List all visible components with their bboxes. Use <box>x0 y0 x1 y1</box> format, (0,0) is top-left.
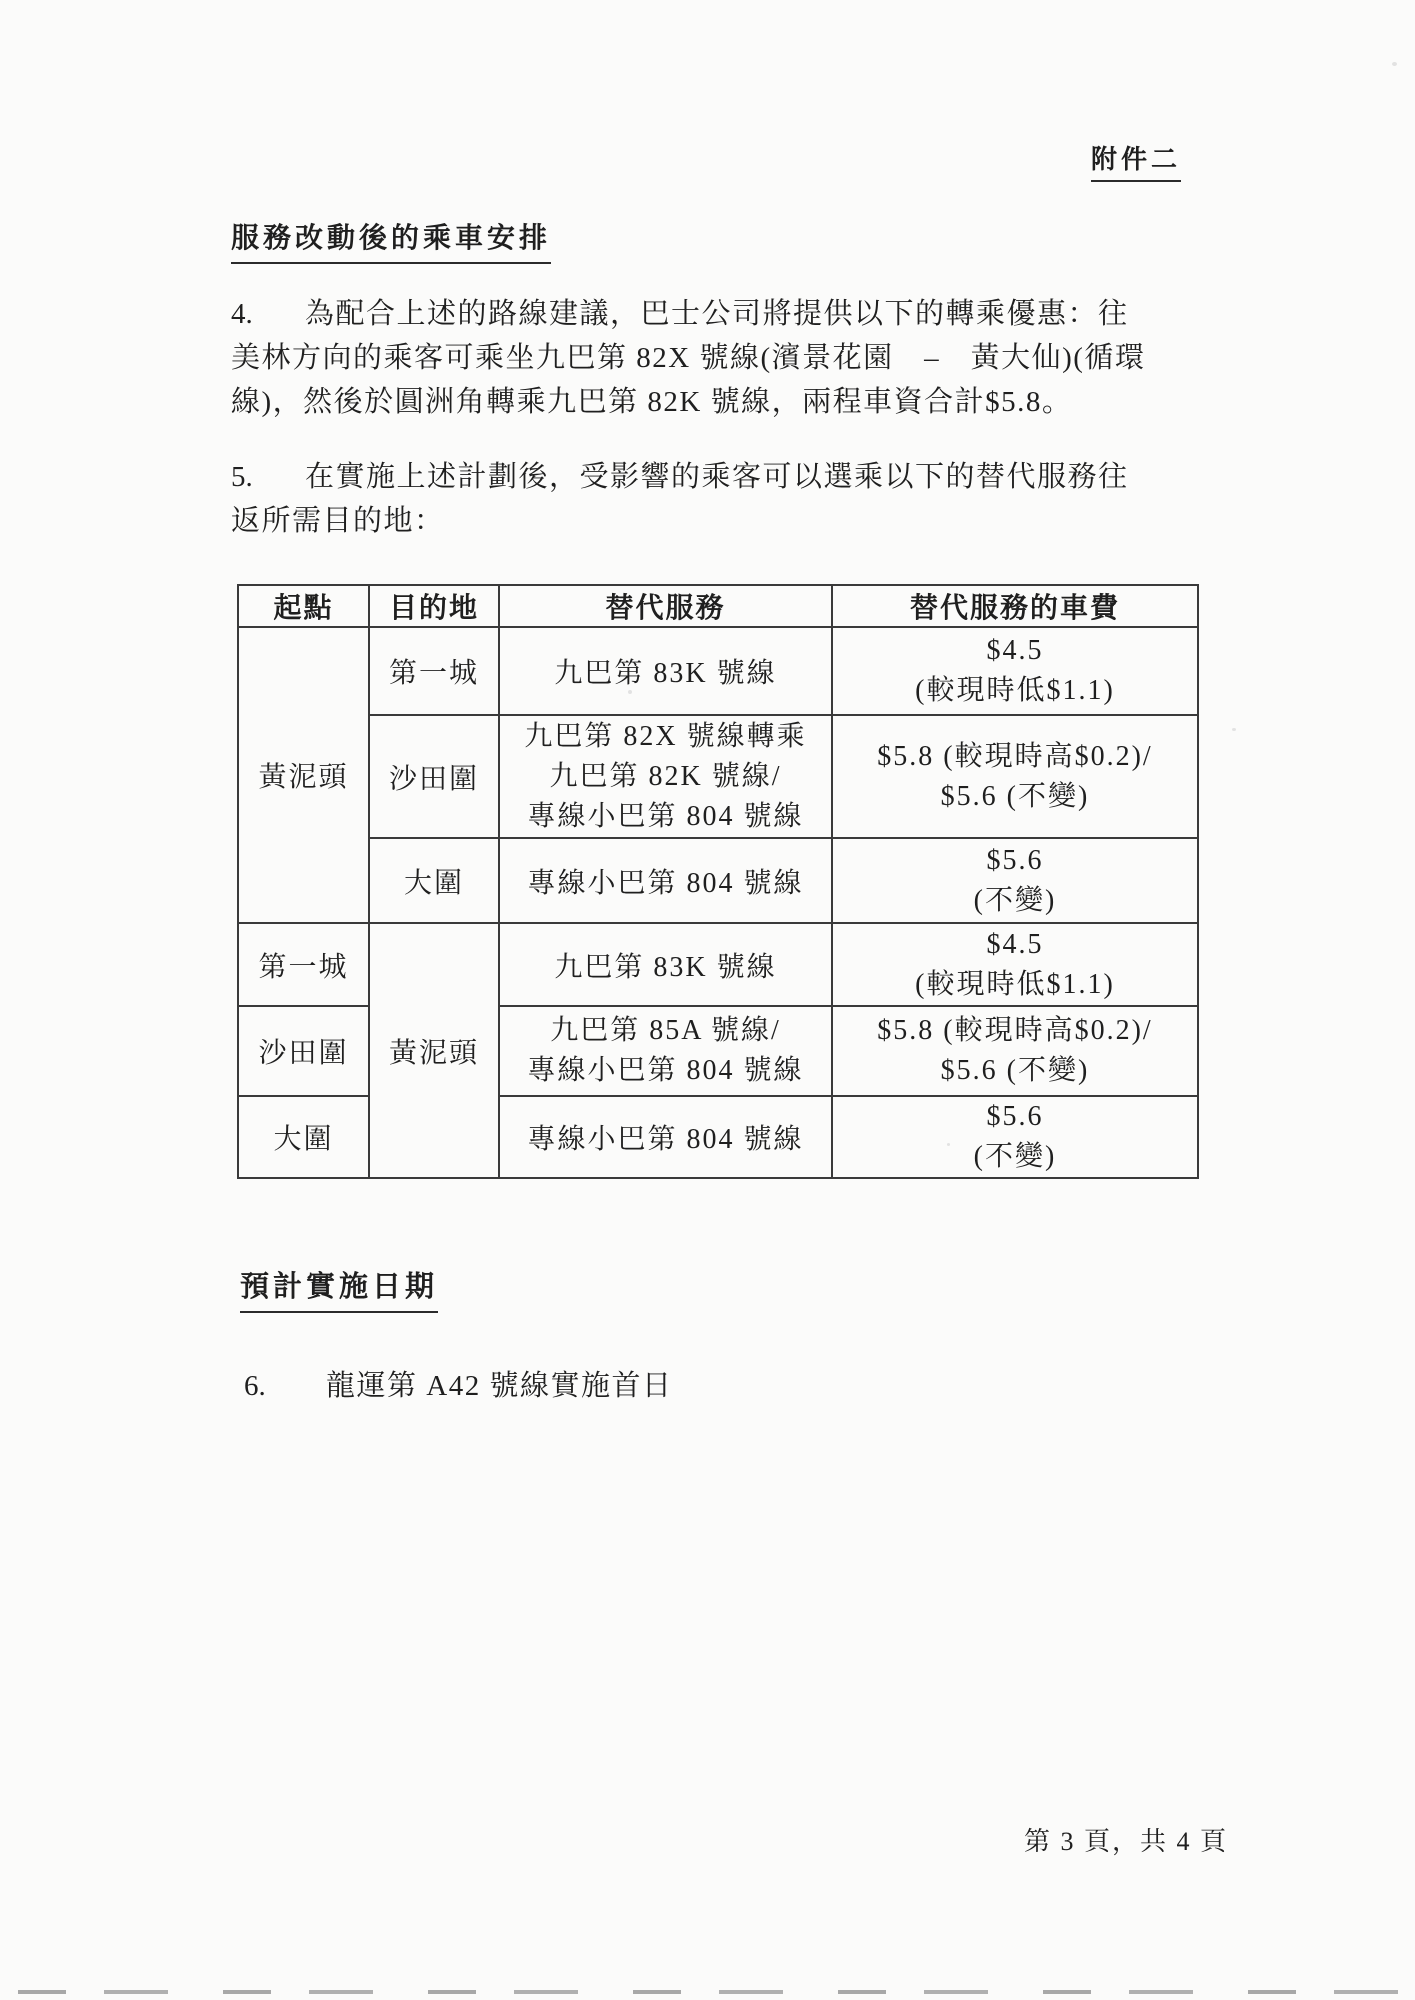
fare-line: $5.8 (較現時高$0.2)/ <box>833 1011 1197 1051</box>
fare-line: $4.5 <box>833 925 1197 965</box>
origin-cell: 第一城 <box>238 923 369 1006</box>
header-destination: 目的地 <box>369 585 499 627</box>
service-cell: 九巴第 83K 號線 <box>499 627 832 715</box>
fare-line: (不變) <box>833 881 1197 921</box>
paragraph-6-number: 6. <box>244 1364 326 1408</box>
scan-speck <box>628 690 632 694</box>
service-line: 專線小巴第 804 號線 <box>500 1051 831 1091</box>
paragraph-5: 5.在實施上述計劃後，受影響的乘客可以選乘以下的替代服務往 返所需目的地： <box>231 455 1129 543</box>
paragraph-4-line-1: 4.為配合上述的路線建議，巴士公司將提供以下的轉乘優惠：往 <box>231 292 1145 336</box>
destination-cell: 沙田圍 <box>369 715 499 838</box>
fare-line: $5.6 <box>833 841 1197 881</box>
annex-label: 附件二 <box>1091 139 1181 182</box>
table-row: 大圍 專線小巴第 804 號線 $5.6 (不變) <box>238 838 1198 923</box>
section-heading-travel-arrangements: 服務改動後的乘車安排 <box>231 216 551 264</box>
service-line: 專線小巴第 804 號線 <box>500 797 831 837</box>
scan-speck <box>947 1143 950 1146</box>
service-cell: 九巴第 82X 號線轉乘 九巴第 82K 號線/ 專線小巴第 804 號線 <box>499 715 832 838</box>
service-cell: 專線小巴第 804 號線 <box>499 1096 832 1178</box>
service-cell: 九巴第 85A 號線/ 專線小巴第 804 號線 <box>499 1006 832 1096</box>
fare-cell: $4.5 (較現時低$1.1) <box>832 923 1198 1006</box>
service-line: 九巴第 82K 號線/ <box>500 757 831 797</box>
paragraph-5-text-1: 在實施上述計劃後，受影響的乘客可以選乘以下的替代服務往 <box>305 461 1129 493</box>
destination-cell: 黃泥頭 <box>369 923 499 1178</box>
alternative-services-table: 起點 目的地 替代服務 替代服務的車費 黃泥頭 第一城 九巴第 83K 號線 $… <box>237 584 1199 1179</box>
header-alternative-service-fare: 替代服務的車費 <box>832 585 1198 627</box>
service-cell: 專線小巴第 804 號線 <box>499 838 832 923</box>
service-cell: 九巴第 83K 號線 <box>499 923 832 1006</box>
header-origin: 起點 <box>238 585 369 627</box>
paragraph-6-line-1: 6.龍運第 A42 號線實施首日 <box>244 1364 672 1408</box>
origin-cell: 黃泥頭 <box>238 627 369 923</box>
scan-speck <box>1392 62 1397 66</box>
scanned-document-page: 附件二 服務改動後的乘車安排 4.為配合上述的路線建議，巴士公司將提供以下的轉乘… <box>0 0 1415 2000</box>
paragraph-4-line-2: 美林方向的乘客可乘坐九巴第 82X 號線(濱景花園 – 黃大仙)(循環 <box>231 336 1145 380</box>
destination-cell: 第一城 <box>369 627 499 715</box>
table-row: 黃泥頭 第一城 九巴第 83K 號線 $4.5 (較現時低$1.1) <box>238 627 1198 715</box>
fare-line: (較現時低$1.1) <box>833 671 1197 711</box>
paragraph-4-line-3: 線)，然後於圓洲角轉乘九巴第 82K 號線，兩程車資合計$5.8。 <box>231 380 1145 424</box>
fare-line: $5.8 (較現時高$0.2)/ <box>833 737 1197 777</box>
page-number-footer: 第 3 頁，共 4 頁 <box>1024 1821 1228 1858</box>
destination-cell: 大圍 <box>369 838 499 923</box>
header-alternative-service: 替代服務 <box>499 585 832 627</box>
table-header-row: 起點 目的地 替代服務 替代服務的車費 <box>238 585 1198 627</box>
table-row: 沙田圍 九巴第 82X 號線轉乘 九巴第 82K 號線/ 專線小巴第 804 號… <box>238 715 1198 838</box>
paragraph-5-line-1: 5.在實施上述計劃後，受影響的乘客可以選乘以下的替代服務往 <box>231 455 1129 499</box>
paragraph-4: 4.為配合上述的路線建議，巴士公司將提供以下的轉乘優惠：往 美林方向的乘客可乘坐… <box>231 292 1145 424</box>
fare-line: (較現時低$1.1) <box>833 965 1197 1005</box>
paragraph-4-number: 4. <box>231 292 305 336</box>
service-line: 九巴第 85A 號線/ <box>500 1011 831 1051</box>
fare-line: $5.6 <box>833 1097 1197 1137</box>
fare-line: (不變) <box>833 1137 1197 1177</box>
paragraph-6-text: 龍運第 A42 號線實施首日 <box>326 1370 672 1402</box>
section-heading-implementation-date: 預計實施日期 <box>240 1264 438 1313</box>
fare-cell: $5.6 (不變) <box>832 838 1198 923</box>
origin-cell: 沙田圍 <box>238 1006 369 1096</box>
fare-cell: $5.8 (較現時高$0.2)/ $5.6 (不變) <box>832 715 1198 838</box>
fare-cell: $5.8 (較現時高$0.2)/ $5.6 (不變) <box>832 1006 1198 1096</box>
scan-speck <box>1232 728 1236 731</box>
fare-cell: $4.5 (較現時低$1.1) <box>832 627 1198 715</box>
fare-cell: $5.6 (不變) <box>832 1096 1198 1178</box>
paragraph-4-text-1: 為配合上述的路線建議，巴士公司將提供以下的轉乘優惠：往 <box>305 298 1129 330</box>
table-row: 第一城 黃泥頭 九巴第 83K 號線 $4.5 (較現時低$1.1) <box>238 923 1198 1006</box>
fare-line: $5.6 (不變) <box>833 777 1197 817</box>
origin-cell: 大圍 <box>238 1096 369 1178</box>
service-line: 九巴第 82X 號線轉乘 <box>500 717 831 757</box>
fare-line: $5.6 (不變) <box>833 1051 1197 1091</box>
fare-line: $4.5 <box>833 631 1197 671</box>
paragraph-6: 6.龍運第 A42 號線實施首日 <box>244 1364 672 1408</box>
paragraph-5-line-2: 返所需目的地： <box>231 499 1129 543</box>
scan-edge-artifact <box>18 1990 1403 1994</box>
paragraph-5-number: 5. <box>231 455 305 499</box>
